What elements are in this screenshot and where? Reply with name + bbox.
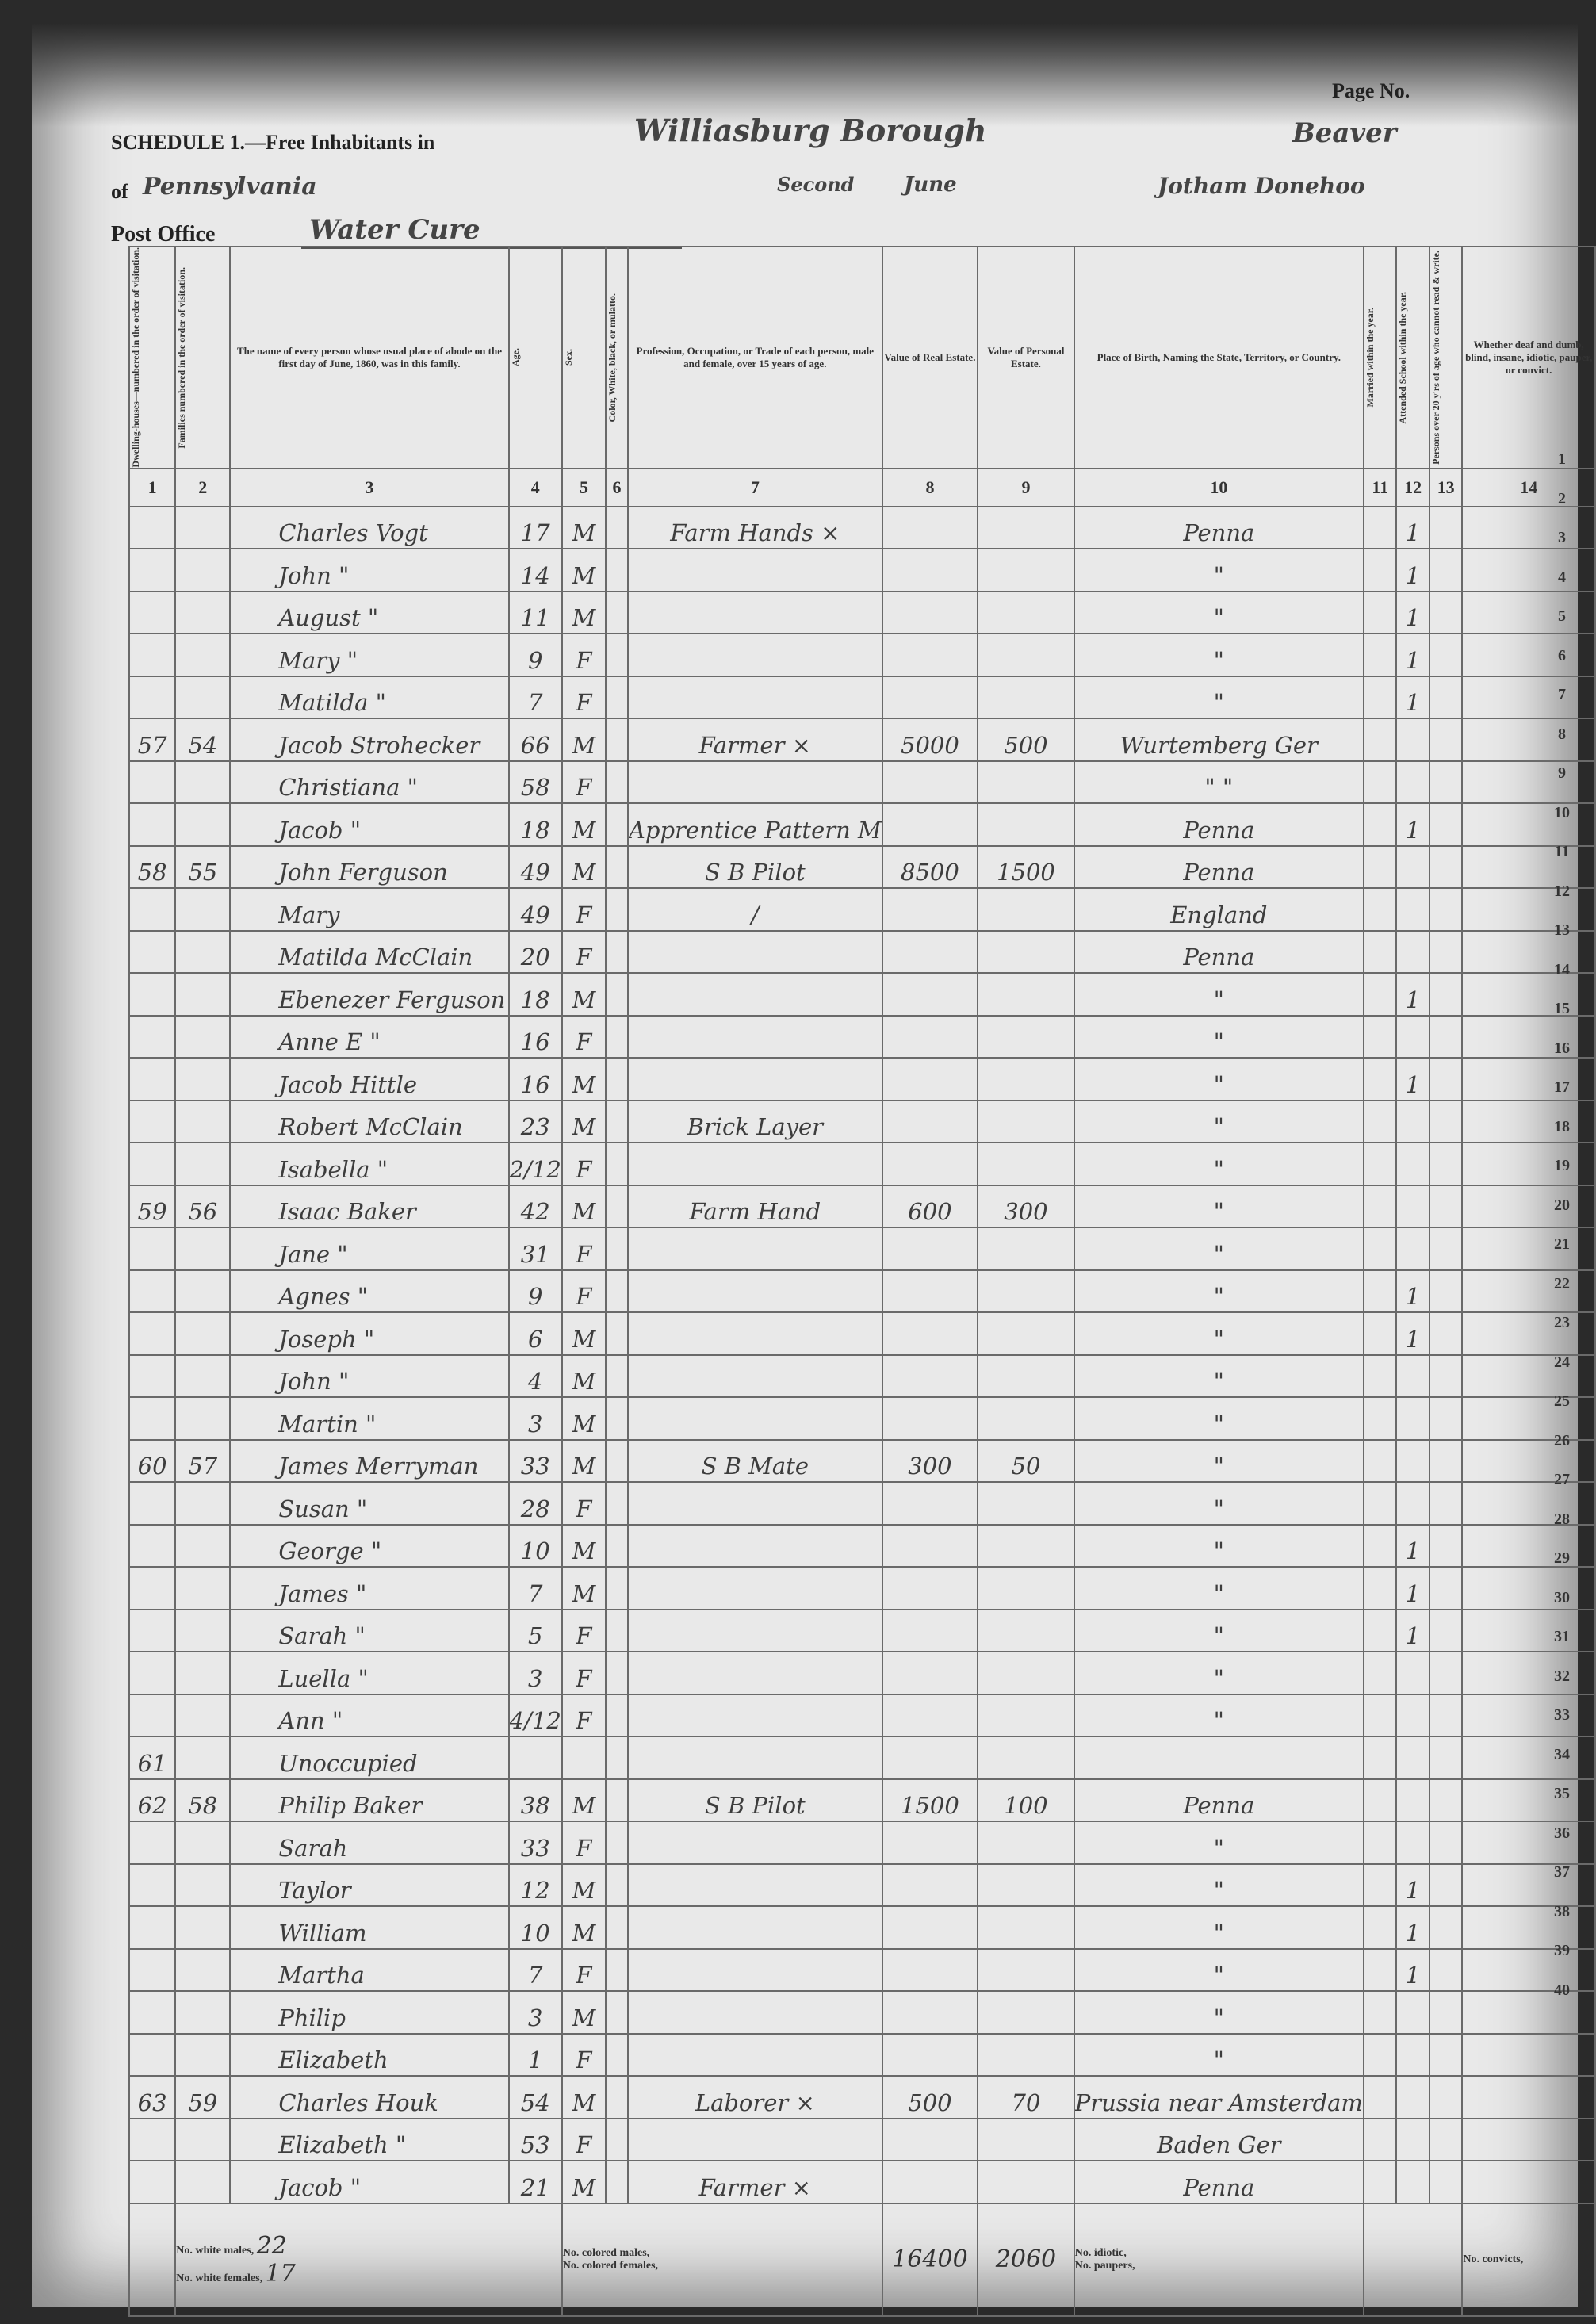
school-flag: 1 — [1396, 973, 1430, 1016]
color — [606, 1440, 628, 1483]
table-row: Martin "3M" — [129, 1397, 1595, 1440]
color — [606, 1567, 628, 1610]
illiterate-flag — [1430, 1779, 1463, 1822]
personal-estate-value — [978, 1610, 1074, 1652]
occupation: Farm Hand — [628, 1185, 882, 1228]
col-num: 14 — [1462, 469, 1595, 507]
column-headers: Dwelling-houses—numbered in the order of… — [129, 247, 1595, 469]
family-number: 58 — [175, 1779, 230, 1822]
age: 53 — [509, 2119, 562, 2161]
col-num: 11 — [1364, 469, 1396, 507]
birthplace: " — [1074, 1312, 1364, 1355]
occupation — [628, 1736, 882, 1779]
real-estate-value — [882, 761, 978, 804]
family-number: 57 — [175, 1440, 230, 1483]
personal-estate-value — [978, 634, 1074, 676]
occupation — [628, 2034, 882, 2077]
birthplace: " — [1074, 1567, 1364, 1610]
person-name: Elizabeth — [230, 2034, 508, 2077]
age: 3 — [509, 1397, 562, 1440]
color — [606, 846, 628, 889]
married-flag — [1364, 846, 1396, 889]
dwelling-number — [129, 1864, 175, 1907]
illiterate-flag — [1430, 1143, 1463, 1185]
married-flag — [1364, 1397, 1396, 1440]
birthplace: " — [1074, 1525, 1364, 1568]
disability — [1462, 592, 1595, 634]
family-number — [175, 1143, 230, 1185]
family-number — [175, 761, 230, 804]
school-flag: 1 — [1396, 1864, 1430, 1907]
school-flag: 1 — [1396, 1058, 1430, 1101]
color — [606, 2034, 628, 2077]
illiterate-flag — [1430, 1270, 1463, 1313]
birthplace: " — [1074, 1143, 1364, 1185]
color — [606, 1525, 628, 1568]
birthplace: " — [1074, 1652, 1364, 1694]
dwelling-number — [129, 549, 175, 592]
personal-estate-value: 50 — [978, 1440, 1074, 1483]
summary-convicts: No. convicts, — [1462, 2203, 1595, 2316]
dwelling-number — [129, 888, 175, 931]
age: 9 — [509, 1270, 562, 1313]
married-flag — [1364, 1312, 1396, 1355]
disability — [1462, 1058, 1595, 1101]
disability — [1462, 1525, 1595, 1568]
color — [606, 1610, 628, 1652]
birthplace: " — [1074, 1101, 1364, 1143]
line-number: 14 — [1550, 951, 1574, 990]
color — [606, 1016, 628, 1059]
line-number: 38 — [1550, 1893, 1574, 1932]
person-name: Jacob Strohecker — [230, 718, 508, 761]
col-num: 3 — [230, 469, 508, 507]
real-estate-value — [882, 1143, 978, 1185]
table-row: 6359Charles Houk54MLaborer ×50070Prussia… — [129, 2076, 1595, 2119]
real-estate-value — [882, 549, 978, 592]
birthplace: " — [1074, 1821, 1364, 1864]
school-flag — [1396, 846, 1430, 889]
disability — [1462, 1397, 1595, 1440]
real-estate-value — [882, 676, 978, 719]
color — [606, 1101, 628, 1143]
color — [606, 1185, 628, 1228]
family-number — [175, 1821, 230, 1864]
sex: M — [562, 973, 606, 1016]
illiterate-flag — [1430, 718, 1463, 761]
birthplace: England — [1074, 888, 1364, 931]
family-number — [175, 931, 230, 974]
married-flag — [1364, 1143, 1396, 1185]
dwelling-number — [129, 1652, 175, 1694]
line-number: 37 — [1550, 1853, 1574, 1893]
person-name: John " — [230, 1355, 508, 1398]
real-estate-value — [882, 1482, 978, 1525]
birthplace: " — [1074, 1610, 1364, 1652]
school-flag: 1 — [1396, 1906, 1430, 1949]
age: 3 — [509, 1652, 562, 1694]
married-flag — [1364, 1906, 1396, 1949]
occupation: Apprentice Pattern M — [628, 803, 882, 846]
occupation — [628, 1525, 882, 1568]
disability — [1462, 634, 1595, 676]
family-number — [175, 1567, 230, 1610]
sex: F — [562, 1610, 606, 1652]
line-number: 24 — [1550, 1343, 1574, 1383]
col-header-color: Color, White, black, or mulatto. — [606, 247, 628, 469]
occupation — [628, 1906, 882, 1949]
sex: M — [562, 1355, 606, 1398]
line-numbers-right: 1234567891011121314151617181920212223242… — [1550, 440, 1574, 2010]
illiterate-flag — [1430, 1440, 1463, 1483]
school-flag: 1 — [1396, 1567, 1430, 1610]
table-row: Joseph "6M"1 — [129, 1312, 1595, 1355]
real-estate-value — [882, 1397, 978, 1440]
married-flag — [1364, 1991, 1396, 2034]
personal-estate-value — [978, 1864, 1074, 1907]
dwelling-number — [129, 1694, 175, 1737]
family-number — [175, 1227, 230, 1270]
school-flag — [1396, 1227, 1430, 1270]
age: 12 — [509, 1864, 562, 1907]
table-row: Mary "9F"1 — [129, 634, 1595, 676]
person-name: Isabella " — [230, 1143, 508, 1185]
occupation — [628, 1482, 882, 1525]
family-number: 56 — [175, 1185, 230, 1228]
illiterate-flag — [1430, 1482, 1463, 1525]
age: 49 — [509, 888, 562, 931]
table-row: Ann "4/12F" — [129, 1694, 1595, 1737]
person-name: Susan " — [230, 1482, 508, 1525]
real-estate-value — [882, 2161, 978, 2203]
color — [606, 1227, 628, 1270]
married-flag — [1364, 761, 1396, 804]
personal-estate-value: 70 — [978, 2076, 1074, 2119]
personal-estate-value: 300 — [978, 1185, 1074, 1228]
family-number — [175, 803, 230, 846]
enumerator-name: Jotham Donehoo — [1158, 173, 1365, 199]
sex: M — [562, 1101, 606, 1143]
real-estate-value — [882, 507, 978, 549]
sex: M — [562, 846, 606, 889]
birthplace: " — [1074, 1397, 1364, 1440]
married-flag — [1364, 931, 1396, 974]
birthplace: " — [1074, 634, 1364, 676]
sex: M — [562, 2076, 606, 2119]
line-number: 22 — [1550, 1265, 1574, 1304]
line-number: 28 — [1550, 1500, 1574, 1540]
line-number: 27 — [1550, 1461, 1574, 1500]
real-estate-total: 16400 — [882, 2203, 978, 2316]
summary-disability: No. idiotic, No. paupers, — [1074, 2203, 1364, 2316]
person-name: Luella " — [230, 1652, 508, 1694]
line-number: 16 — [1550, 1029, 1574, 1069]
illiterate-flag — [1430, 1694, 1463, 1737]
family-number — [175, 1355, 230, 1398]
sex: F — [562, 761, 606, 804]
real-estate-value — [882, 1058, 978, 1101]
personal-estate-value — [978, 1567, 1074, 1610]
line-number: 31 — [1550, 1618, 1574, 1657]
disability — [1462, 1864, 1595, 1907]
sex: M — [562, 1185, 606, 1228]
personal-estate-value — [978, 1949, 1074, 1992]
table-row: Elizabeth1F" — [129, 2034, 1595, 2077]
dwelling-number: 60 — [129, 1440, 175, 1483]
real-estate-value: 5000 — [882, 718, 978, 761]
illiterate-flag — [1430, 846, 1463, 889]
illiterate-flag — [1430, 1949, 1463, 1992]
table-row: Elizabeth "53FBaden Ger — [129, 2119, 1595, 2161]
dwelling-number — [129, 1397, 175, 1440]
age: 1 — [509, 2034, 562, 2077]
occupation — [628, 1016, 882, 1059]
color — [606, 1864, 628, 1907]
disability — [1462, 2161, 1595, 2203]
person-name: Jacob Hittle — [230, 1058, 508, 1101]
birthplace: " — [1074, 1355, 1364, 1398]
age: 33 — [509, 1821, 562, 1864]
real-estate-value — [882, 1694, 978, 1737]
personal-estate-value — [978, 1016, 1074, 1059]
married-flag — [1364, 592, 1396, 634]
enumeration-month: June — [904, 173, 957, 197]
school-flag — [1396, 1397, 1430, 1440]
table-row: Matilda "7F"1 — [129, 676, 1595, 719]
family-number — [175, 1482, 230, 1525]
disability — [1462, 1991, 1595, 2034]
person-name: John " — [230, 549, 508, 592]
birthplace: " " — [1074, 761, 1364, 804]
table-row: Martha7F"1 — [129, 1949, 1595, 1992]
birthplace: " — [1074, 1694, 1364, 1737]
color — [606, 676, 628, 719]
occupation — [628, 1143, 882, 1185]
school-flag — [1396, 2161, 1430, 2203]
sex: M — [562, 1991, 606, 2034]
birthplace: Penna — [1074, 507, 1364, 549]
color — [606, 549, 628, 592]
dwelling-number: 59 — [129, 1185, 175, 1228]
family-number — [175, 1736, 230, 1779]
dwelling-number: 62 — [129, 1779, 175, 1822]
dwelling-number — [129, 1610, 175, 1652]
state-prefix: of — [111, 180, 128, 204]
sex: M — [562, 549, 606, 592]
real-estate-value — [882, 1525, 978, 1568]
school-flag: 1 — [1396, 1525, 1430, 1568]
family-number — [175, 1991, 230, 2034]
family-number — [175, 973, 230, 1016]
personal-estate-value — [978, 1652, 1074, 1694]
line-number: 34 — [1550, 1736, 1574, 1775]
disability — [1462, 888, 1595, 931]
married-flag — [1364, 1949, 1396, 1992]
married-flag — [1364, 973, 1396, 1016]
birthplace: Penna — [1074, 846, 1364, 889]
illiterate-flag — [1430, 761, 1463, 804]
personal-estate-value — [978, 507, 1074, 549]
real-estate-value — [882, 592, 978, 634]
color — [606, 1991, 628, 2034]
disability — [1462, 2034, 1595, 2077]
age: 21 — [509, 2161, 562, 2203]
table-row: Philip3M" — [129, 1991, 1595, 2034]
married-flag — [1364, 1779, 1396, 1822]
school-flag — [1396, 761, 1430, 804]
white-males-count: 22 — [257, 2232, 287, 2260]
person-name: Philip — [230, 1991, 508, 2034]
color — [606, 761, 628, 804]
color — [606, 634, 628, 676]
illiterate-flag — [1430, 931, 1463, 974]
sex: M — [562, 1058, 606, 1101]
disability — [1462, 718, 1595, 761]
illiterate-flag — [1430, 634, 1463, 676]
person-name: Charles Vogt — [230, 507, 508, 549]
dwelling-number — [129, 1906, 175, 1949]
table-row: Agnes "9F"1 — [129, 1270, 1595, 1313]
personal-estate-value — [978, 1143, 1074, 1185]
dwelling-number — [129, 1949, 175, 1992]
white-females-count: 17 — [266, 2260, 296, 2288]
real-estate-value — [882, 1355, 978, 1398]
illiterate-flag — [1430, 2119, 1463, 2161]
married-flag — [1364, 1864, 1396, 1907]
age: 4/12 — [509, 1694, 562, 1737]
dwelling-number — [129, 1991, 175, 2034]
age: 54 — [509, 2076, 562, 2119]
family-number: 59 — [175, 2076, 230, 2119]
illiterate-flag — [1430, 507, 1463, 549]
family-number — [175, 1397, 230, 1440]
disability — [1462, 549, 1595, 592]
line-number: 19 — [1550, 1147, 1574, 1186]
personal-estate-value — [978, 1991, 1074, 2034]
age: 66 — [509, 718, 562, 761]
school-flag — [1396, 931, 1430, 974]
real-estate-value: 500 — [882, 2076, 978, 2119]
sex: F — [562, 1270, 606, 1313]
personal-estate-value — [978, 1312, 1074, 1355]
school-flag: 1 — [1396, 634, 1430, 676]
school-flag: 1 — [1396, 549, 1430, 592]
person-name: Ebenezer Ferguson — [230, 973, 508, 1016]
dwelling-number — [129, 1482, 175, 1525]
color — [606, 1143, 628, 1185]
color — [606, 931, 628, 974]
age: 3 — [509, 1991, 562, 2034]
occupation — [628, 761, 882, 804]
age: 2/12 — [509, 1143, 562, 1185]
dwelling-number — [129, 1312, 175, 1355]
disability — [1462, 676, 1595, 719]
table-row: Sarah "5F"1 — [129, 1610, 1595, 1652]
birthplace: " — [1074, 1949, 1364, 1992]
family-number — [175, 1906, 230, 1949]
disability — [1462, 2119, 1595, 2161]
disability — [1462, 1567, 1595, 1610]
birthplace: " — [1074, 973, 1364, 1016]
table-row: Mary49F/England — [129, 888, 1595, 931]
person-name: Robert McClain — [230, 1101, 508, 1143]
color — [606, 2076, 628, 2119]
person-name: Jacob " — [230, 803, 508, 846]
real-estate-value: 8500 — [882, 846, 978, 889]
occupation — [628, 1991, 882, 2034]
sex: F — [562, 1482, 606, 1525]
school-flag: 1 — [1396, 507, 1430, 549]
occupation — [628, 1610, 882, 1652]
personal-estate-value — [978, 888, 1074, 931]
real-estate-value — [882, 2119, 978, 2161]
married-flag — [1364, 676, 1396, 719]
line-number: 33 — [1550, 1696, 1574, 1736]
col-num: 7 — [628, 469, 882, 507]
col-num: 9 — [978, 469, 1074, 507]
sex — [562, 1736, 606, 1779]
summary-colored: No. colored males, No. colored females, — [562, 2203, 882, 2316]
married-flag — [1364, 2119, 1396, 2161]
family-number — [175, 2161, 230, 2203]
married-flag — [1364, 1525, 1396, 1568]
col-header-occupation: Profession, Occupation, or Trade of each… — [628, 247, 882, 469]
dwelling-number — [129, 1567, 175, 1610]
line-number: 15 — [1550, 990, 1574, 1029]
color — [606, 1949, 628, 1992]
color — [606, 507, 628, 549]
age: 20 — [509, 931, 562, 974]
real-estate-value: 1500 — [882, 1779, 978, 1822]
disability — [1462, 1101, 1595, 1143]
line-number: 9 — [1550, 754, 1574, 794]
sex: M — [562, 803, 606, 846]
real-estate-value — [882, 1016, 978, 1059]
page-number-label: Page No. — [1332, 79, 1410, 102]
married-flag — [1364, 1652, 1396, 1694]
illiterate-flag — [1430, 592, 1463, 634]
birthplace: " — [1074, 1016, 1364, 1059]
family-number — [175, 1864, 230, 1907]
col-num: 10 — [1074, 469, 1364, 507]
line-number: 32 — [1550, 1657, 1574, 1697]
disability — [1462, 931, 1595, 974]
personal-estate-value — [978, 676, 1074, 719]
family-number — [175, 1652, 230, 1694]
real-estate-value — [882, 1864, 978, 1907]
dwelling-number — [129, 1101, 175, 1143]
schedule-label: SCHEDULE 1.—Free Inhabitants in — [111, 131, 434, 155]
illiterate-flag — [1430, 973, 1463, 1016]
real-estate-value — [882, 1610, 978, 1652]
personal-estate-value — [978, 1525, 1074, 1568]
person-name: Agnes " — [230, 1270, 508, 1313]
school-flag: 1 — [1396, 1949, 1430, 1992]
table-row: George "10M"1 — [129, 1525, 1595, 1568]
sex: M — [562, 1567, 606, 1610]
married-flag — [1364, 1101, 1396, 1143]
sex: M — [562, 2161, 606, 2203]
line-number: 6 — [1550, 637, 1574, 676]
color — [606, 1821, 628, 1864]
sex: F — [562, 1652, 606, 1694]
real-estate-value — [882, 1906, 978, 1949]
personal-estate-value — [978, 803, 1074, 846]
married-flag — [1364, 507, 1396, 549]
personal-estate-value — [978, 1482, 1074, 1525]
age: 11 — [509, 592, 562, 634]
occupation — [628, 676, 882, 719]
